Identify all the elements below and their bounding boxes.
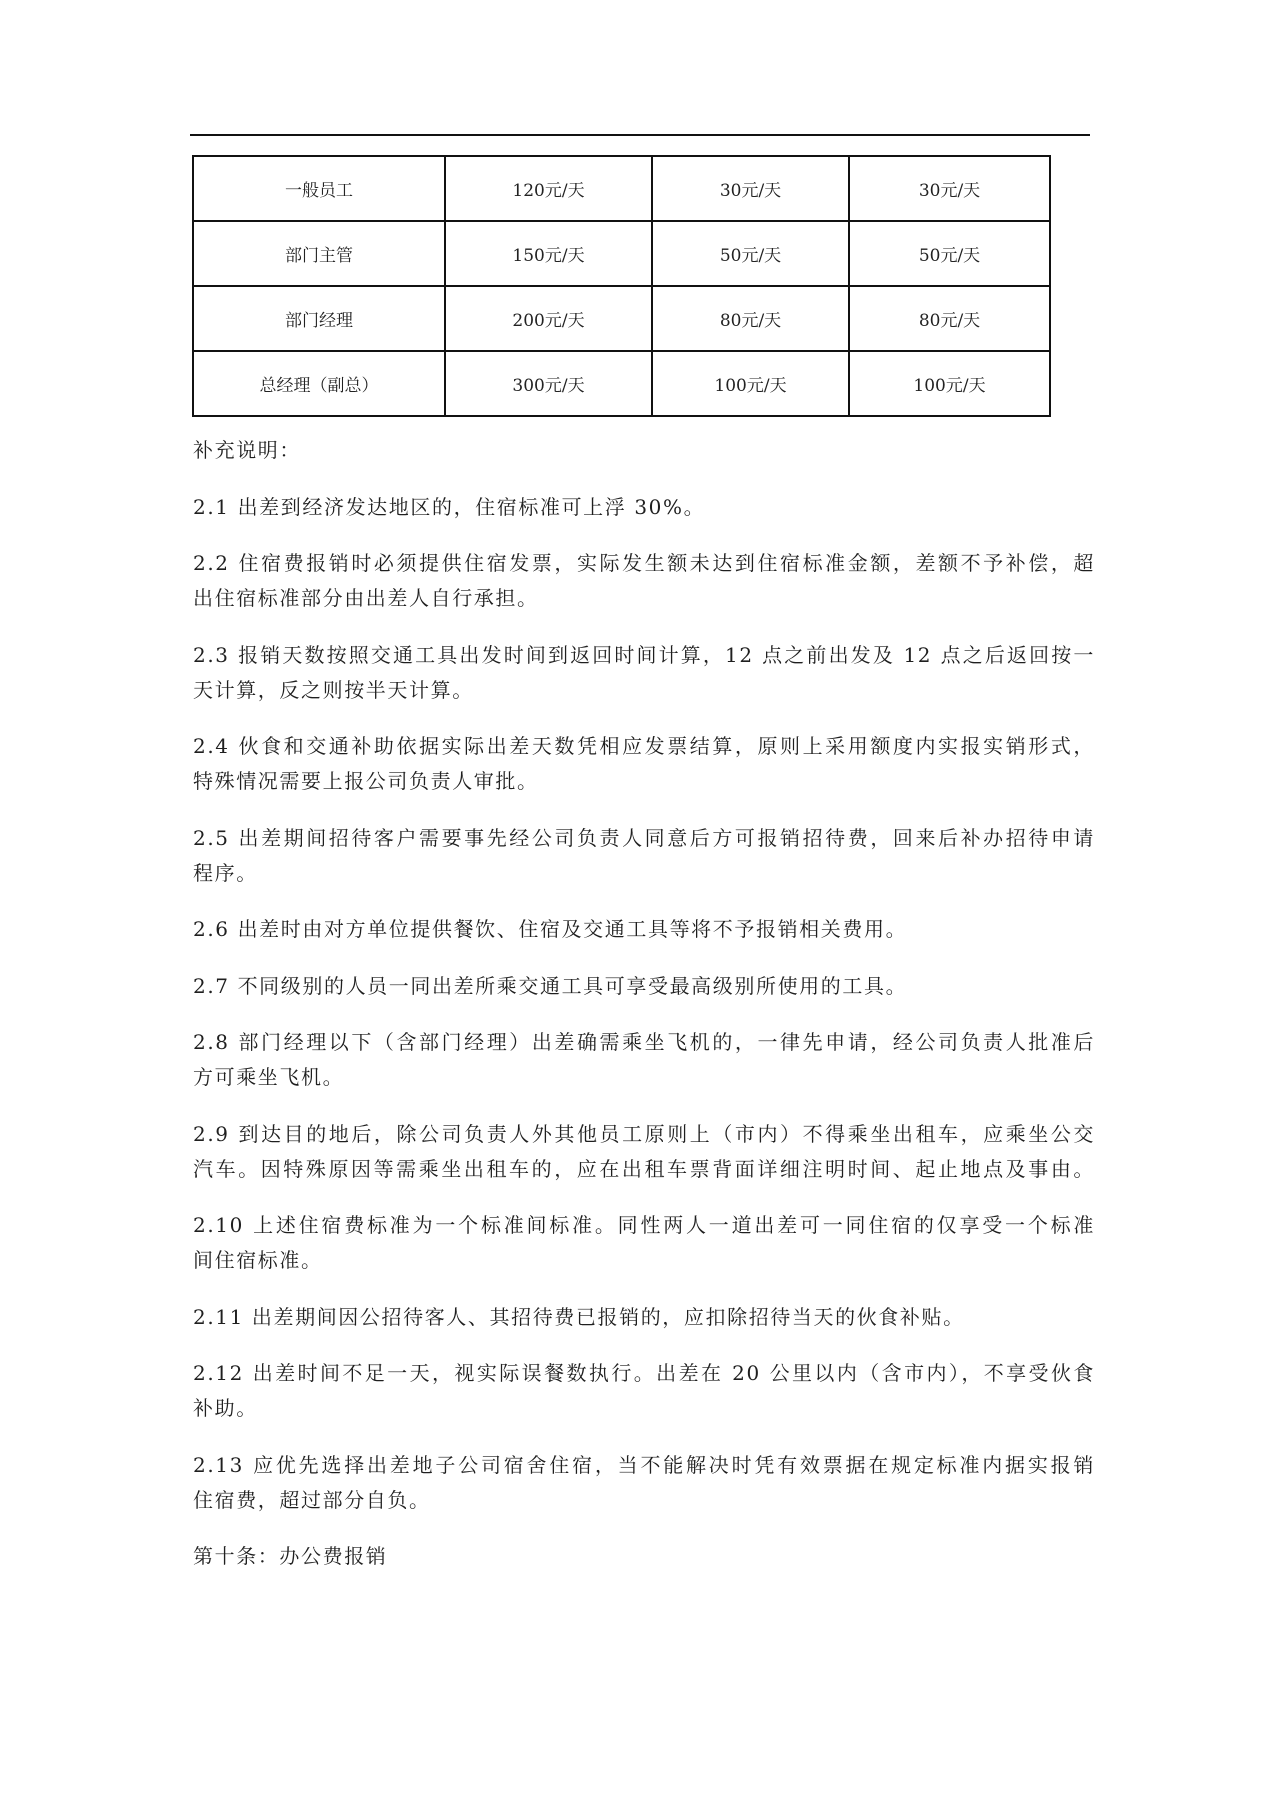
table-row: 总经理（副总） 300元/天 100元/天 100元/天 bbox=[193, 351, 1050, 416]
paragraph-line: 天计算，反之则按半天计算。 bbox=[193, 673, 1095, 708]
paragraph-line: 2.3 报销天数按照交通工具出发时间到返回时间计算，12 点之前出发及 12 点… bbox=[193, 638, 1095, 673]
lodging-rate-cell: 120元/天 bbox=[445, 156, 652, 221]
header-rule bbox=[190, 134, 1090, 136]
meal-allowance-cell: 50元/天 bbox=[652, 221, 849, 286]
note-2-2: 2.2 住宿费报销时必须提供住宿发票，实际发生额未达到住宿标准金额，差额不予补偿… bbox=[193, 546, 1095, 616]
section-title-text: 第十条：办公费报销 bbox=[193, 1539, 1095, 1574]
paragraph-line: 汽车。因特殊原因等需乘坐出租车的，应在出租车票背面详细注明时间、起止地点及事由。 bbox=[193, 1152, 1095, 1187]
note-2-9: 2.9 到达目的地后，除公司负责人外其他员工原则上（市内）不得乘坐出租车，应乘坐… bbox=[193, 1117, 1095, 1187]
paragraph-line: 2.7 不同级别的人员一同出差所乘交通工具可享受最高级别所使用的工具。 bbox=[193, 969, 1095, 1004]
paragraph-line: 特殊情况需要上报公司负责人审批。 bbox=[193, 764, 1095, 799]
note-2-8: 2.8 部门经理以下（含部门经理）出差确需乘坐飞机的，一律先申请，经公司负责人批… bbox=[193, 1025, 1095, 1095]
paragraph-line: 2.4 伙食和交通补助依据实际出差天数凭相应发票结算，原则上采用额度内实报实销形… bbox=[193, 729, 1095, 764]
staff-level-cell: 部门经理 bbox=[193, 286, 445, 351]
transport-allowance-cell: 100元/天 bbox=[849, 351, 1050, 416]
paragraph-line: 2.5 出差期间招待客户需要事先经公司负责人同意后方可报销招待费，回来后补办招待… bbox=[193, 821, 1095, 856]
travel-allowance-table: 一般员工 120元/天 30元/天 30元/天 部门主管 150元/天 50元/… bbox=[192, 155, 1051, 417]
table-row: 部门经理 200元/天 80元/天 80元/天 bbox=[193, 286, 1050, 351]
note-2-12: 2.12 出差时间不足一天，视实际误餐数执行。出差在 20 公里以内（含市内），… bbox=[193, 1356, 1095, 1426]
paragraph-line: 方可乘坐飞机。 bbox=[193, 1060, 1095, 1095]
staff-level-cell: 一般员工 bbox=[193, 156, 445, 221]
transport-allowance-cell: 30元/天 bbox=[849, 156, 1050, 221]
table-row: 一般员工 120元/天 30元/天 30元/天 bbox=[193, 156, 1050, 221]
paragraph-line: 2.6 出差时由对方单位提供餐饮、住宿及交通工具等将不予报销相关费用。 bbox=[193, 912, 1095, 947]
note-2-4: 2.4 伙食和交通补助依据实际出差天数凭相应发票结算，原则上采用额度内实报实销形… bbox=[193, 729, 1095, 799]
note-2-11: 2.11 出差期间因公招待客人、其招待费已报销的，应扣除招待当天的伙食补贴。 bbox=[193, 1300, 1095, 1335]
paragraph-line: 补充说明： bbox=[193, 433, 1095, 468]
transport-allowance-cell: 50元/天 bbox=[849, 221, 1050, 286]
note-2-10: 2.10 上述住宿费标准为一个标准间标准。同性两人一道出差可一同住宿的仅享受一个… bbox=[193, 1208, 1095, 1278]
paragraph-line: 2.9 到达目的地后，除公司负责人外其他员工原则上（市内）不得乘坐出租车，应乘坐… bbox=[193, 1117, 1095, 1152]
paragraph-line: 程序。 bbox=[193, 856, 1095, 891]
transport-allowance-cell: 80元/天 bbox=[849, 286, 1050, 351]
meal-allowance-cell: 80元/天 bbox=[652, 286, 849, 351]
note-2-1: 2.1 出差到经济发达地区的，住宿标准可上浮 30%。 bbox=[193, 490, 1095, 525]
note-2-5: 2.5 出差期间招待客户需要事先经公司负责人同意后方可报销招待费，回来后补办招待… bbox=[193, 821, 1095, 891]
document-body: 补充说明： 2.1 出差到经济发达地区的，住宿标准可上浮 30%。 2.2 住宿… bbox=[193, 433, 1095, 1596]
paragraph-line: 2.12 出差时间不足一天，视实际误餐数执行。出差在 20 公里以内（含市内），… bbox=[193, 1356, 1095, 1391]
section-title: 第十条：办公费报销 bbox=[193, 1539, 1095, 1574]
lodging-rate-cell: 200元/天 bbox=[445, 286, 652, 351]
paragraph-line: 2.10 上述住宿费标准为一个标准间标准。同性两人一道出差可一同住宿的仅享受一个… bbox=[193, 1208, 1095, 1243]
paragraph-line: 住宿费，超过部分自负。 bbox=[193, 1483, 1095, 1518]
note-2-13: 2.13 应优先选择出差地子公司宿舍住宿，当不能解决时凭有效票据在规定标准内据实… bbox=[193, 1448, 1095, 1518]
note-2-7: 2.7 不同级别的人员一同出差所乘交通工具可享受最高级别所使用的工具。 bbox=[193, 969, 1095, 1004]
note-2-6: 2.6 出差时由对方单位提供餐饮、住宿及交通工具等将不予报销相关费用。 bbox=[193, 912, 1095, 947]
lodging-rate-cell: 300元/天 bbox=[445, 351, 652, 416]
paragraph-line: 2.13 应优先选择出差地子公司宿舍住宿，当不能解决时凭有效票据在规定标准内据实… bbox=[193, 1448, 1095, 1483]
paragraph-line: 2.1 出差到经济发达地区的，住宿标准可上浮 30%。 bbox=[193, 490, 1095, 525]
note-2-3: 2.3 报销天数按照交通工具出发时间到返回时间计算，12 点之前出发及 12 点… bbox=[193, 638, 1095, 708]
paragraph-line: 2.8 部门经理以下（含部门经理）出差确需乘坐飞机的，一律先申请，经公司负责人批… bbox=[193, 1025, 1095, 1060]
staff-level-cell: 总经理（副总） bbox=[193, 351, 445, 416]
paragraph-line: 2.11 出差期间因公招待客人、其招待费已报销的，应扣除招待当天的伙食补贴。 bbox=[193, 1300, 1095, 1335]
meal-allowance-cell: 100元/天 bbox=[652, 351, 849, 416]
paragraph-line: 2.2 住宿费报销时必须提供住宿发票，实际发生额未达到住宿标准金额，差额不予补偿… bbox=[193, 546, 1095, 581]
notes-heading: 补充说明： bbox=[193, 433, 1095, 468]
paragraph-line: 间住宿标准。 bbox=[193, 1243, 1095, 1278]
meal-allowance-cell: 30元/天 bbox=[652, 156, 849, 221]
staff-level-cell: 部门主管 bbox=[193, 221, 445, 286]
paragraph-line: 补助。 bbox=[193, 1391, 1095, 1426]
paragraph-line: 出住宿标准部分由出差人自行承担。 bbox=[193, 581, 1095, 616]
table-row: 部门主管 150元/天 50元/天 50元/天 bbox=[193, 221, 1050, 286]
lodging-rate-cell: 150元/天 bbox=[445, 221, 652, 286]
